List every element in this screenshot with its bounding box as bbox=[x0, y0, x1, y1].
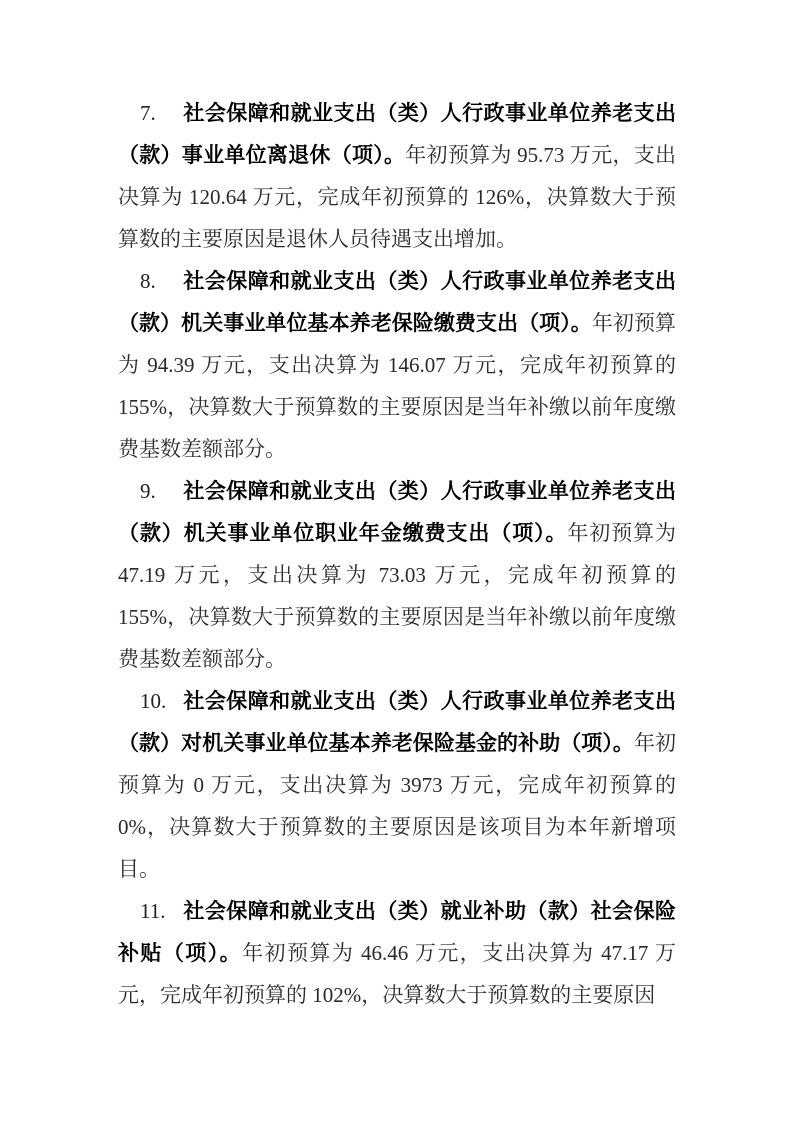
paragraph-heading: 社会保障和就业支出（类）人行政事业单位养老支出（款）对机关事业单位基本养老保险基… bbox=[118, 689, 676, 755]
paragraph-number: 9. bbox=[140, 470, 183, 512]
paragraph-number: 11. bbox=[140, 890, 183, 932]
budget-paragraph-8: 8.社会保障和就业支出（类）人行政事业单位养老支出（款）机关事业单位基本养老保险… bbox=[118, 260, 676, 470]
budget-paragraph-7: 7.社会保障和就业支出（类）人行政事业单位养老支出（款）事业单位离退休（项）。年… bbox=[118, 92, 676, 260]
paragraph-number: 10. bbox=[140, 680, 183, 722]
budget-paragraph-9: 9.社会保障和就业支出（类）人行政事业单位养老支出（款）机关事业单位职业年金缴费… bbox=[118, 470, 676, 680]
budget-paragraph-10: 10.社会保障和就业支出（类）人行政事业单位养老支出（款）对机关事业单位基本养老… bbox=[118, 680, 676, 890]
document-page: 7.社会保障和就业支出（类）人行政事业单位养老支出（款）事业单位离退休（项）。年… bbox=[0, 0, 793, 1122]
paragraph-number: 7. bbox=[140, 92, 183, 134]
paragraph-number: 8. bbox=[140, 260, 183, 302]
budget-paragraph-11: 11.社会保障和就业支出（类）就业补助（款）社会保险补贴（项）。年初预算为 46… bbox=[118, 890, 676, 1016]
